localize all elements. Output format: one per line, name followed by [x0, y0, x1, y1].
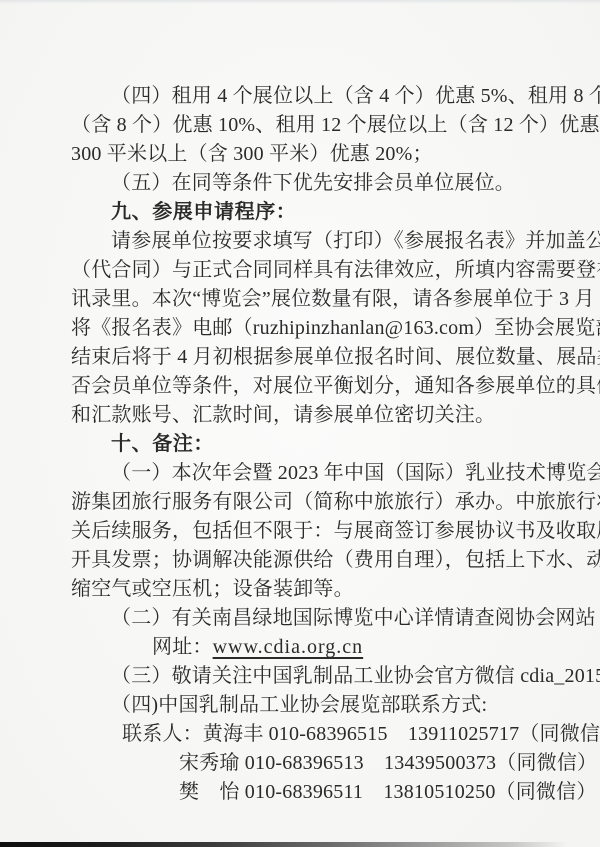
remarks-item-2-line: （二）有关南昌绿地国际博览中心详情请查阅协会网站 — [71, 604, 533, 633]
application-procedure-line: 结束后将于 4 月初根据参展单位报名时间、展位数量、展品类别、是 — [71, 343, 533, 372]
contacts-heading-line: （四)中国乳制品工业协会展览部联系方式: — [71, 691, 533, 720]
document-text-block: （四）租用 4 个展位以上（含 4 个）优惠 5%、租用 8 个展位以上 （含 … — [71, 82, 533, 807]
scanned-document-page: （四）租用 4 个展位以上（含 4 个）优惠 5%、租用 8 个展位以上 （含 … — [0, 0, 600, 847]
clause-5-line: （五）在同等条件下优先安排会员单位展位。 — [71, 169, 533, 198]
website-url: www.cdia.org.cn — [213, 636, 364, 658]
remarks-item-1-line: 游集团旅行服务有限公司（简称中旅旅行）承办。中旅旅行将提供相 — [71, 488, 533, 517]
remarks-item-1-line: 开具发票；协调解决能源供给（费用自理），包括上下水、动力电、压 — [71, 546, 533, 575]
scan-edge-shadow — [0, 842, 568, 847]
discount-clause-4-line: （含 8 个）优惠 10%、租用 12 个展位以上（含 12 个）优惠 15%、… — [71, 111, 533, 140]
remarks-item-1-line: 关后续服务，包括但不限于：与展商签订参展协议书及收取展位费、 — [71, 517, 533, 546]
application-procedure-line: 将《报名表》电邮（ruzhipinzhanlan@163.com）至协会展览部。… — [71, 314, 533, 343]
remarks-item-1-line: （一）本次年会暨 2023 年中国（国际）乳业技术博览会由中国旅 — [71, 459, 533, 488]
application-procedure-line: 否会员单位等条件，对展位平衡划分，通知各参展单位的具体展位号 — [71, 372, 533, 401]
discount-clause-4-line: 300 平米以上（含 300 平米）优惠 20%； — [71, 140, 533, 169]
section-10-heading: 十、备注： — [71, 430, 533, 459]
website-label: 网址： — [152, 636, 213, 658]
application-procedure-line: 讯录里。本次“博览会”展位数量有限，请各参展单位于 3 月 20 日前 — [71, 285, 533, 314]
application-procedure-line: （代合同）与正式合同同样具有法律效应，所填内容需要登在年会通 — [71, 256, 533, 285]
application-procedure-line: 请参展单位按要求填写（打印）《参展报名表》并加盖公章，本表 — [71, 227, 533, 256]
website-line: 网址：www.cdia.org.cn — [71, 633, 533, 662]
wechat-line: （三）敬请关注中国乳制品工业协会官方微信 cdia_2015 — [71, 662, 533, 691]
section-9-heading: 九、参展申请程序： — [71, 198, 533, 227]
remarks-item-1-line: 缩空气或空压机；设备装卸等。 — [71, 575, 533, 604]
contact-line: 联系人：黄海丰 010-68396515 13911025717（同微信） — [71, 720, 533, 749]
application-procedure-line: 和汇款账号、汇款时间，请参展单位密切关注。 — [71, 401, 533, 430]
contact-line: 樊 怡 010-68396511 13810510250（同微信） — [71, 778, 533, 807]
discount-clause-4-line: （四）租用 4 个展位以上（含 4 个）优惠 5%、租用 8 个展位以上 — [71, 82, 533, 111]
contact-line: 宋秀瑜 010-68396513 13439500373（同微信） — [71, 749, 533, 778]
